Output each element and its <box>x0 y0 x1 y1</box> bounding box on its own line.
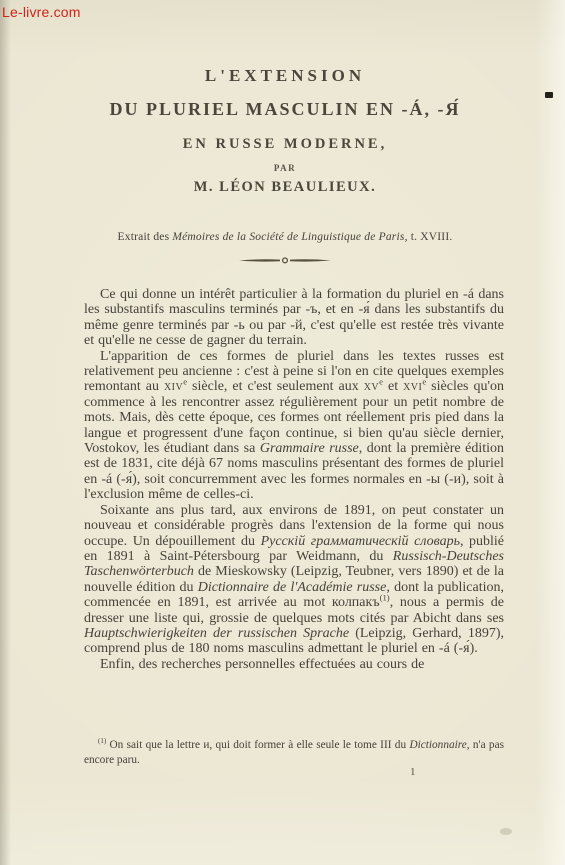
scanned-page: Le-livre.com L'EXTENSION DU PLURIEL MASC… <box>0 0 565 865</box>
byline-par: PAR <box>65 163 505 173</box>
article-body: Ce qui donne un intérêt particulier à la… <box>84 287 504 672</box>
source-note: Extrait des Mémoires de la Société de Li… <box>65 231 505 243</box>
page-number: 1 <box>410 766 416 778</box>
body-paragraph-3: Soixante ans plus tard, aux environs de … <box>84 503 504 657</box>
ornament-divider-icon <box>65 255 505 267</box>
footnote: (1) On sait que la lettre и, qui doit fo… <box>84 738 504 767</box>
article-title-line2: DU PLURIEL MASCULIN EN -Á, -Я́ <box>65 99 505 120</box>
scan-smudge <box>500 828 512 835</box>
watermark-logo: Le-livre.com <box>2 4 81 20</box>
body-paragraph-1: Ce qui donne un intérêt particulier à la… <box>84 287 504 349</box>
scan-artifact <box>545 92 553 98</box>
article-title-line3: EN RUSSE MODERNE, <box>65 136 505 153</box>
article-title-line1: L'EXTENSION <box>65 66 505 86</box>
body-paragraph-4: Enfin, des recherches personnelles effec… <box>84 657 504 672</box>
body-paragraph-2: L'apparition de ces formes de pluriel da… <box>84 349 504 503</box>
author-name: M. LÉON BEAULIEUX. <box>65 179 505 196</box>
